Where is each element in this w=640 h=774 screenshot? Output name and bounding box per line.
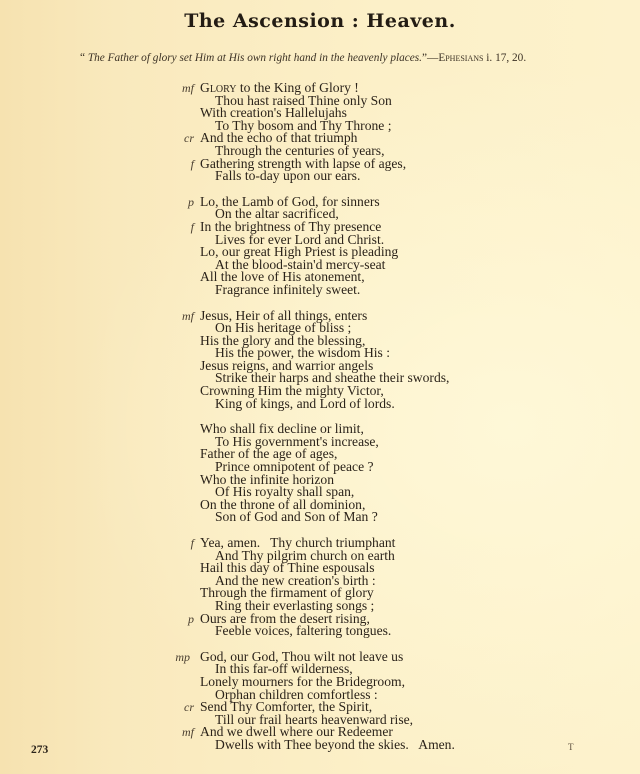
dynamic-marking: cr <box>172 701 194 714</box>
dynamic-marking: f <box>172 221 194 234</box>
verse-line: King of kings, and Lord of lords. <box>0 398 640 411</box>
signature-mark: T <box>568 742 574 752</box>
epigraph-quote: The Father of glory set Him at His own r… <box>88 52 422 64</box>
verse-line: Falls to-day upon our ears. <box>0 170 640 183</box>
dynamic-marking: f <box>172 537 194 550</box>
verse-line: Son of God and Son of Man ? <box>0 511 640 524</box>
stanza: Who shall fix decline or limit, To His g… <box>0 423 640 524</box>
verse-line: Feeble voices, faltering tongues. <box>0 625 640 638</box>
stanza: mfJesus, Heir of all things, enters On H… <box>0 310 640 411</box>
page-number: 273 <box>31 744 48 756</box>
epigraph-close-quote: ”— <box>422 52 438 64</box>
dynamic-marking: f <box>172 158 194 171</box>
dynamic-marking: mf <box>172 82 194 95</box>
epigraph-citation-book: Ephesians <box>438 52 483 64</box>
dynamic-marking: cr <box>172 132 194 145</box>
hymn-text: mfGlory to the King of Glory ! Thou hast… <box>0 82 640 765</box>
stanza: fYea, amen. Thy church triumphant And Th… <box>0 537 640 638</box>
epigraph-open-quote: “ <box>80 52 88 64</box>
line-text: Son of God and Son of Man ? <box>215 511 378 524</box>
dynamic-marking: mf <box>172 310 194 323</box>
stanza: pLo, the Lamb of God, for sinners On the… <box>0 196 640 297</box>
line-text: Feeble voices, faltering tongues. <box>215 625 391 638</box>
stanza: mpGod, our God, Thou wilt not leave us I… <box>0 651 640 752</box>
verse-line: Fragrance infinitely sweet. <box>0 284 640 297</box>
page-title: The Ascension : Heaven. <box>0 10 640 32</box>
hymnal-page: The Ascension : Heaven. “ The Father of … <box>0 0 640 774</box>
dynamic-marking: mf <box>172 726 194 739</box>
stanza: mfGlory to the King of Glory ! Thou hast… <box>0 82 640 183</box>
epigraph: “ The Father of glory set Him at His own… <box>80 52 620 64</box>
line-text: Fragrance infinitely sweet. <box>215 284 360 297</box>
line-text: Falls to-day upon our ears. <box>215 170 360 183</box>
verse-line: Dwells with Thee beyond the skies. Amen. <box>0 739 640 752</box>
dynamic-marking: mp <box>168 651 190 664</box>
line-text: King of kings, and Lord of lords. <box>215 398 395 411</box>
epigraph-citation-reference: i. 17, 20. <box>483 52 526 64</box>
line-text: Dwells with Thee beyond the skies. Amen. <box>215 739 455 752</box>
dynamic-marking: p <box>172 196 194 209</box>
dynamic-marking: p <box>172 613 194 626</box>
